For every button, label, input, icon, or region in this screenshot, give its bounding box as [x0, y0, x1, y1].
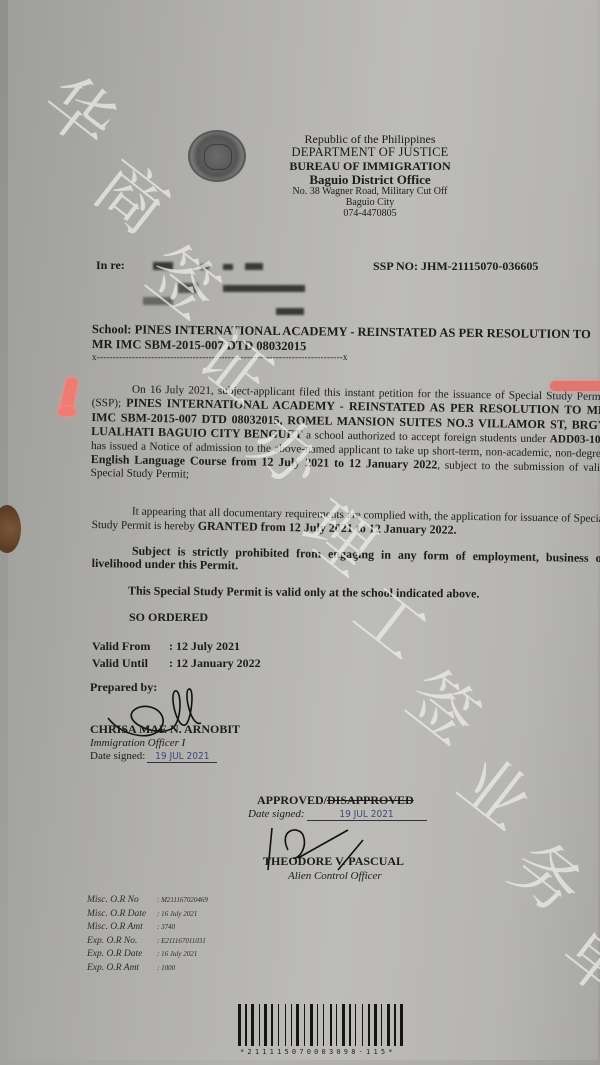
- watermark-char: 单: [545, 899, 600, 1017]
- receipt-value: : 16 July 2021: [157, 949, 208, 961]
- receipt-value: : E211167011031: [157, 936, 208, 948]
- valid-from-value: : 12 July 2021: [169, 639, 261, 654]
- bureau-seal-icon: [188, 130, 246, 182]
- receipt-row: Exp. O.R Amt: 1000: [87, 963, 208, 975]
- finger-shadow: [0, 505, 21, 553]
- receipt-label: Misc. O.R Amt: [87, 922, 155, 934]
- watermark-char: 务: [493, 814, 600, 932]
- watermark-char: 签: [129, 219, 242, 337]
- receipt-row: Misc. O.R No: M211167020469: [87, 895, 208, 907]
- barcode: [238, 1004, 464, 1046]
- receipt-label: Misc. O.R Date: [87, 909, 155, 921]
- watermark-char: 华: [25, 49, 138, 167]
- watermark-char: 业: [441, 729, 554, 847]
- approver-title: Alien Control Officer: [288, 870, 382, 882]
- receipt-row: Exp. O.R Date: 16 July 2021: [87, 949, 208, 961]
- office-line: Baguio District Office: [270, 173, 470, 186]
- republic-line: Republic of the Philippines: [270, 133, 470, 145]
- ssp-number: SSP NO: JHM-21115070-036605: [373, 259, 538, 274]
- official-receipts: Misc. O.R No: M211167020469Misc. O.R Dat…: [85, 893, 210, 976]
- phone-line: 074-4470805: [270, 209, 470, 219]
- receipt-value: : 3740: [157, 922, 208, 934]
- so-ordered: SO ORDERED: [129, 610, 208, 625]
- preparer-date: Date signed:19 JUL 2021: [90, 750, 217, 763]
- preparer-name: CHRISA MAE N. ARNOBIT: [90, 722, 240, 737]
- validity-note: This Special Study Permit is valid only …: [128, 583, 479, 601]
- letterhead: Republic of the Philippines DEPARTMENT O…: [270, 133, 470, 220]
- receipt-label: Exp. O.R No.: [87, 936, 155, 948]
- receipt-label: Misc. O.R No: [87, 895, 155, 907]
- receipt-value: : M211167020469: [157, 895, 208, 907]
- approval-status: APPROVED/DISAPPROVED: [257, 793, 414, 808]
- valid-from-label: Valid From: [92, 639, 167, 654]
- valid-until-label: Valid Until: [92, 656, 167, 671]
- department-line: DEPARTMENT OF JUSTICE: [270, 146, 470, 159]
- receipt-value: : 1000: [157, 963, 208, 975]
- address-line: No. 38 Wagner Road, Military Cut Off: [270, 187, 470, 197]
- receipt-value: : 16 July 2021: [157, 909, 208, 921]
- highlighter-mark: [550, 381, 600, 391]
- divider: x---------------------------------------…: [92, 352, 392, 362]
- granted-paragraph: It appearing that all documentary requir…: [92, 505, 600, 541]
- validity-table: Valid From: 12 July 2021 Valid Until: 12…: [90, 637, 263, 673]
- date-stamp: 19 JUL 2021: [147, 751, 217, 763]
- receipt-label: Exp. O.R Amt: [87, 963, 155, 975]
- approver-name: THEODORE V. PASCUAL: [263, 854, 404, 869]
- in-re-label: In re:: [96, 258, 125, 273]
- prohibition-paragraph: Subject is strictly prohibited from enga…: [92, 544, 600, 579]
- receipt-row: Misc. O.R Amt: 3740: [87, 922, 208, 934]
- watermark-char: 商: [77, 134, 190, 252]
- watermark-char: 签: [389, 644, 502, 762]
- receipt-label: Exp. O.R Date: [87, 949, 155, 961]
- receipt-row: Exp. O.R No.: E211167011031: [87, 936, 208, 948]
- barcode-text: *211115070003098-115*: [240, 1048, 464, 1056]
- city-line: Baguio City: [270, 198, 470, 208]
- document-page: Republic of the Philippines DEPARTMENT O…: [8, 0, 598, 1060]
- valid-until-value: : 12 January 2022: [169, 656, 261, 671]
- bureau-line: BUREAU OF IMMIGRATION: [270, 160, 470, 172]
- watermark-char: 工: [337, 559, 450, 677]
- petition-paragraph: On 16 July 2021, subject-applicant filed…: [90, 383, 600, 489]
- receipt-row: Misc. O.R Date: 16 July 2021: [87, 909, 208, 921]
- highlighter-mark: [58, 407, 76, 416]
- preparer-title: Immigration Officer I: [90, 737, 185, 749]
